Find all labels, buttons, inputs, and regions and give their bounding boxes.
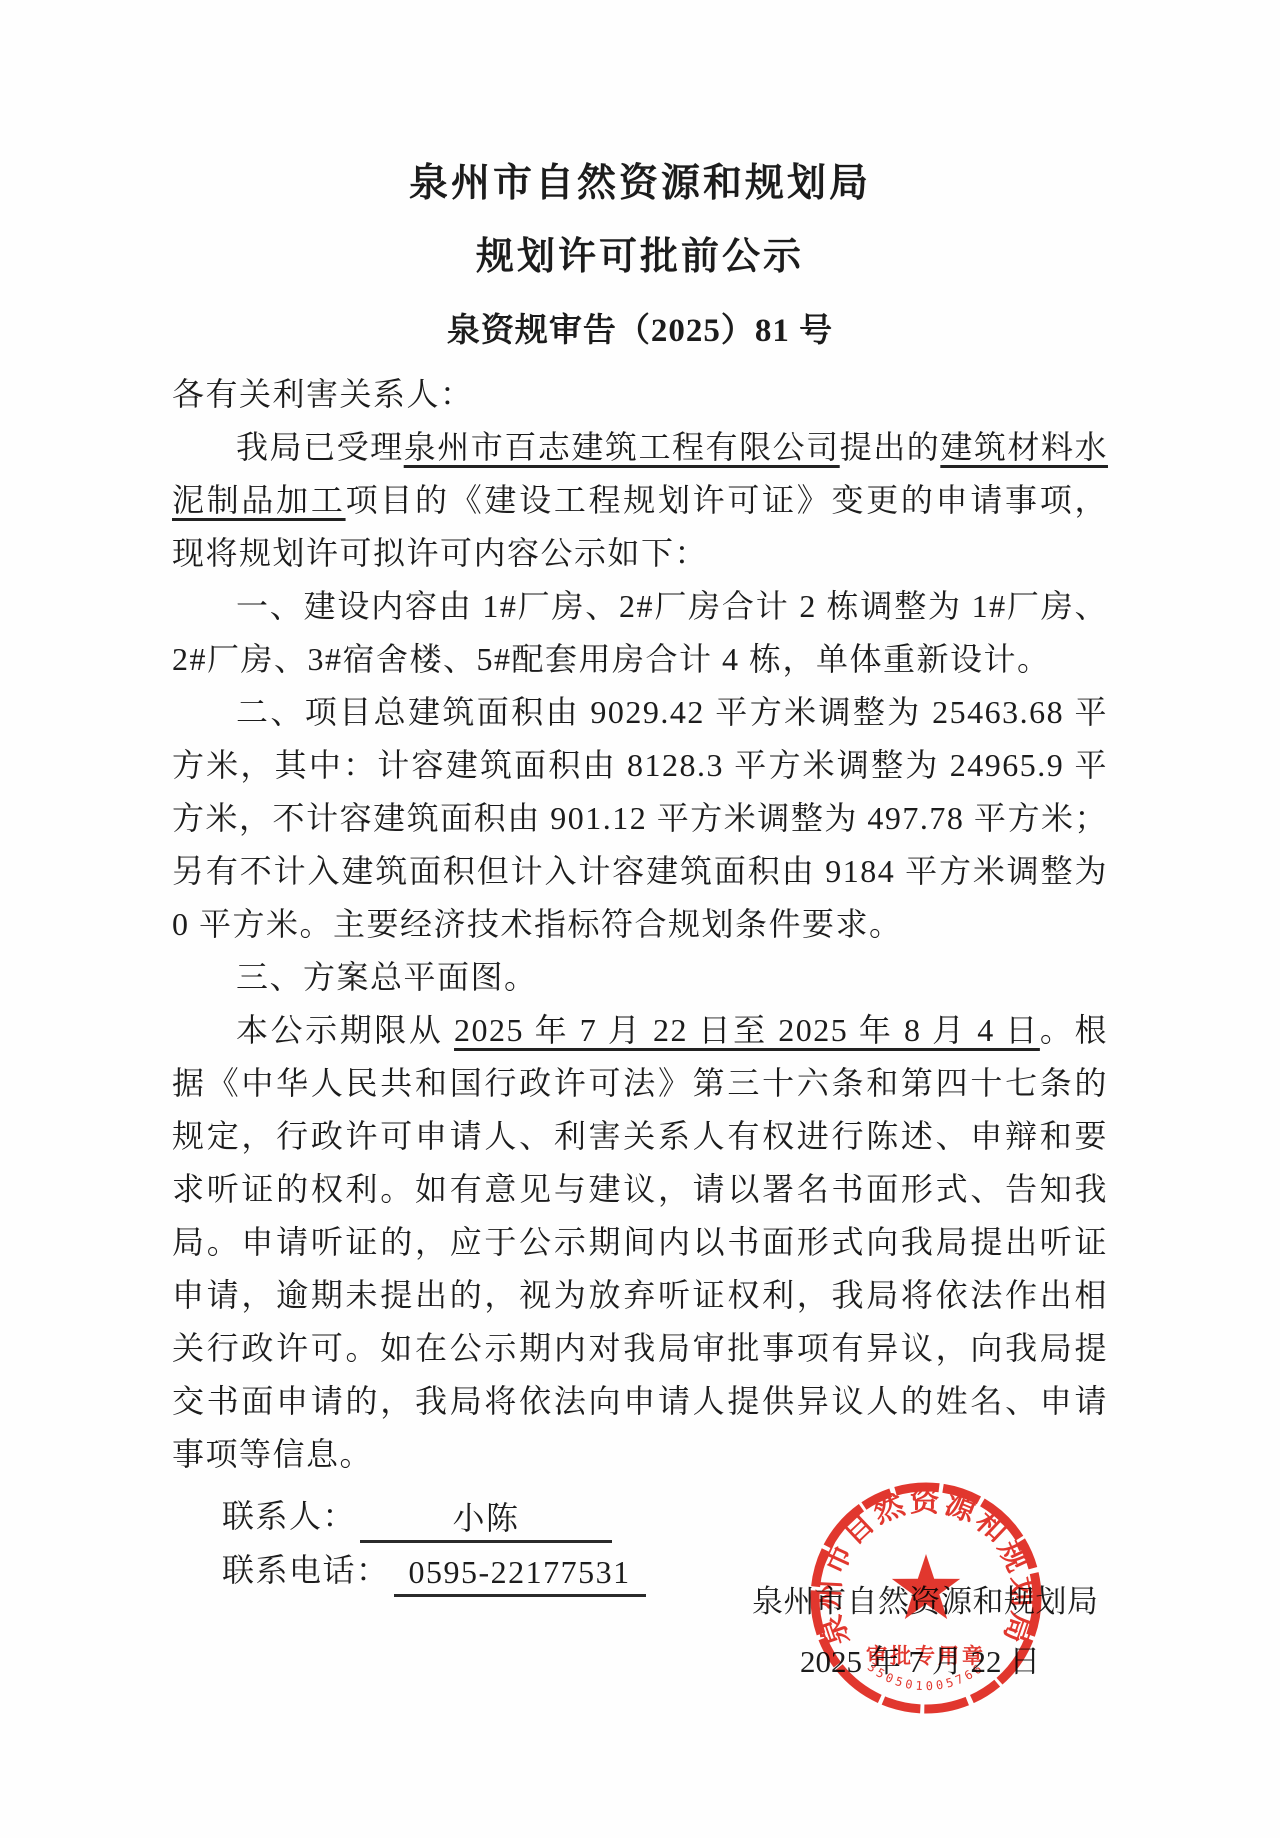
contact-person-row: 联系人：小陈 [172, 1489, 1108, 1543]
page-title: 泉州市自然资源和规划局 [172, 160, 1108, 208]
signature-date: 2025 年 7 月 22 日 [800, 1641, 1040, 1683]
document-body: 各有关利害关系人： 我局已受理泉州市百志建筑工程有限公司提出的建筑材料水泥制品加… [172, 368, 1108, 1481]
paragraph-intro: 我局已受理泉州市百志建筑工程有限公司提出的建筑材料水泥制品加工项目的《建设工程规… [172, 421, 1108, 580]
paragraph-item-1: 一、建设内容由 1#厂房、2#厂房合计 2 栋调整为 1#厂房、2#厂房、3#宿… [172, 580, 1108, 686]
document-number: 泉资规审告（2025）81 号 [172, 310, 1108, 352]
paragraph-item-2: 二、项目总建筑面积由 9029.42 平方米调整为 25463.68 平方米，其… [172, 686, 1108, 951]
contact-phone-label: 联系电话： [222, 1552, 390, 1588]
signature-agency: 泉州市自然资源和规划局 [752, 1581, 1099, 1623]
applicant-company-underlined: 泉州市百志建筑工程有限公司 [404, 429, 840, 465]
paragraph-notice-period: 本公示期限从 2025 年 7 月 22 日至 2025 年 8 月 4 日。根… [172, 1004, 1108, 1481]
contact-person-label: 联系人： [222, 1498, 356, 1534]
paragraph-item-3: 三、方案总平面图。 [172, 951, 1108, 1004]
contact-person-value: 小陈 [360, 1496, 612, 1543]
scanned-notice-page: 泉州市自然资源和规划局 规划许可批前公示 泉资规审告（2025）81 号 各有关… [0, 0, 1280, 1838]
salutation: 各有关利害关系人： [172, 368, 1108, 421]
notice-subtitle: 规划许可批前公示 [172, 234, 1108, 280]
notice-period-dates-underlined: 2025 年 7 月 22 日至 2025 年 8 月 4 日 [454, 1012, 1040, 1048]
document-content: 泉州市自然资源和规划局 规划许可批前公示 泉资规审告（2025）81 号 各有关… [172, 140, 1108, 1597]
contact-phone-value: 0595-22177531 [394, 1550, 646, 1597]
